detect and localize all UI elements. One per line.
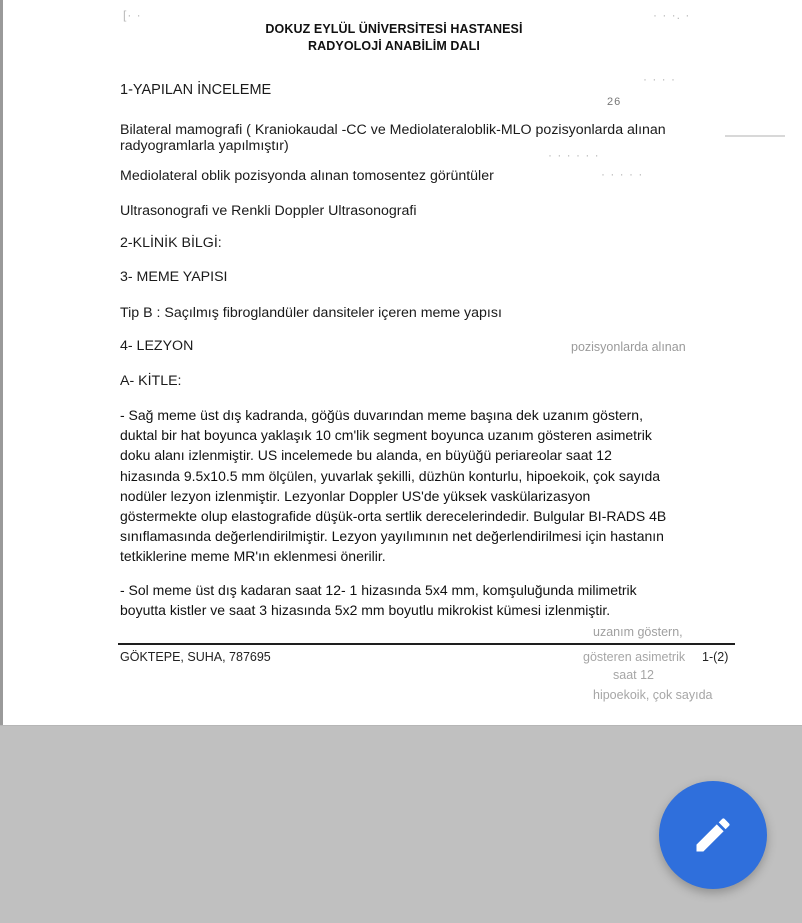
edit-fab-button[interactable]	[659, 781, 767, 889]
paragraph-line: göstermekte olup elastografide düşük-ort…	[120, 506, 740, 526]
paragraph-line: tetkiklerine meme MR'ın eklenmesi öneril…	[120, 546, 740, 566]
footer-divider	[118, 643, 735, 645]
show-through-mark: · · · ·	[643, 72, 676, 86]
lesion-subtitle-mass: A- KİTLE:	[120, 371, 182, 391]
breast-structure-text: Tip B : Saçılmış fibroglandüler dansitel…	[120, 303, 502, 323]
patient-identifier: GÖKTEPE, SUHA, 787695	[120, 650, 271, 664]
department-name: RADYOLOJİ ANABİLİM DALI	[0, 39, 795, 53]
show-through-line: gösteren asimetrik	[583, 650, 685, 664]
show-through-line: saat 12	[613, 668, 654, 682]
paragraph-line: doku alanı izlenmiştir. US incelemede bu…	[120, 445, 740, 465]
show-through-mark: [· ·	[123, 8, 142, 22]
show-through-line: uzanım göstern,	[593, 625, 683, 639]
paragraph-line: - Sağ meme üst dış kadranda, göğüs duvar…	[120, 405, 740, 425]
paragraph-line: boyutta kistler ve saat 3 hizasında 5x2 …	[120, 600, 740, 620]
show-through-mark: · · ·. ·	[653, 8, 690, 22]
show-through-line: hipoekoik, çok sayıda	[593, 688, 713, 702]
paragraph-line: duktal bir hat boyunca yaklaşık 10 cm'li…	[120, 425, 740, 445]
section-title-clinical-info: 2-KLİNİK BİLGİ:	[120, 233, 222, 253]
section-title-performed-exam: 1-YAPILAN İNCELEME	[120, 80, 271, 100]
show-through-line: pozisyonlarda alınan	[571, 340, 686, 354]
paragraph-line: sınıflamasında değerlendirilmiştir. Lezy…	[120, 526, 740, 546]
page-indicator: 1-(2)	[702, 650, 728, 664]
document-page: [· · · · ·. · · · · · 26 · · · · · · · ·…	[0, 0, 802, 725]
institution-name: DOKUZ EYLÜL ÜNİVERSİTESİ HASTANESİ	[0, 22, 795, 36]
show-through-number: 26	[607, 96, 621, 108]
show-through-mark: · · · · ·	[601, 167, 643, 181]
pencil-icon	[691, 813, 735, 857]
paragraph-line: nodüler lezyon izlenmiştir. Lezyonlar Do…	[120, 486, 740, 506]
paragraph-line: hizasında 9.5x10.5 mm ölçülen, yuvarlak …	[120, 466, 740, 486]
section-title-breast-structure: 3- MEME YAPISI	[120, 267, 228, 287]
section-title-lesion: 4- LEZYON	[120, 336, 193, 356]
lesion-paragraph-right: - Sağ meme üst dış kadranda, göğüs duvar…	[120, 405, 740, 567]
exam-line: radyogramlarla yapılmıştır)	[120, 136, 289, 156]
exam-line: Ultrasonografi ve Renkli Doppler Ultraso…	[120, 201, 417, 221]
show-through-stroke	[725, 135, 785, 137]
exam-line: Mediolateral oblik pozisyonda alınan tom…	[120, 166, 494, 186]
paragraph-line: - Sol meme üst dış kadaran saat 12- 1 hi…	[120, 580, 740, 600]
lesion-paragraph-left: - Sol meme üst dış kadaran saat 12- 1 hi…	[120, 580, 740, 620]
show-through-mark: · · · · · ·	[548, 148, 600, 162]
